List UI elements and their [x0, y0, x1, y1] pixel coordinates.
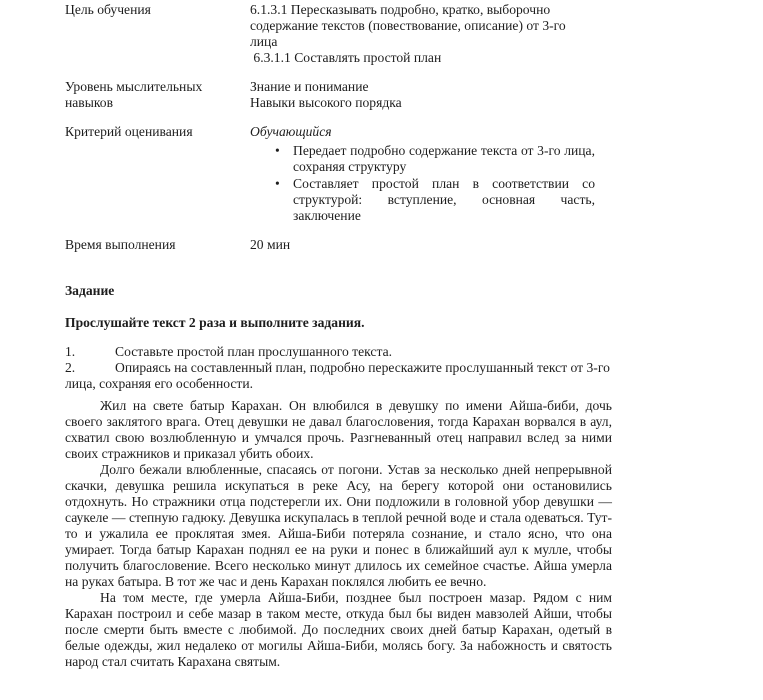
row-value: Обучающийся Передает подробно содержание…: [250, 124, 595, 224]
story-paragraph: Жил на свете батыр Карахан. Он влюбился …: [65, 398, 612, 462]
task-list: 1.Составьте простой план прослушанного т…: [65, 344, 612, 392]
row-label: Время выполнения: [65, 237, 250, 253]
row-value: Знание и понимание Навыки высокого поряд…: [250, 79, 595, 111]
row-value: 6.1.3.1 Пересказывать подробно, кратко, …: [250, 2, 595, 66]
info-row-criteria: Критерий оценивания Обучающийся Передает…: [65, 124, 612, 224]
story-section: Жил на свете батыр Карахан. Он влюбился …: [65, 398, 612, 670]
task-item: 2.Опираясь на составленный план, подробн…: [65, 360, 612, 392]
time-value: 20 мин: [250, 237, 595, 253]
criteria-bullet-list: Передает подробно содержание текста от 3…: [250, 143, 595, 224]
skills-line: Знание и понимание: [250, 79, 595, 95]
task-item-number: 1.: [65, 344, 115, 360]
row-label: Уровень мыслительных навыков: [65, 79, 250, 111]
task-heading: Задание: [65, 283, 612, 299]
task-item-text: Составьте простой план прослушанного тек…: [115, 344, 392, 359]
objective-line: 6.1.3.1 Пересказывать подробно, кратко, …: [250, 2, 595, 50]
skills-line: Навыки высокого порядка: [250, 95, 595, 111]
criteria-bullet-text: Передает подробно содержание текста от 3…: [293, 143, 595, 175]
row-value: 20 мин: [250, 237, 595, 253]
story-paragraph: Долго бежали влюбленные, спасаясь от пог…: [65, 462, 612, 590]
task-instruction: Прослушайте текст 2 раза и выполните зад…: [65, 315, 612, 331]
document-page: Цель обучения 6.1.3.1 Пересказывать подр…: [0, 0, 763, 700]
criteria-bullet-text: Составляет простой план в соответствии с…: [293, 176, 595, 224]
story-paragraph: На том месте, где умерла Айша-Биби, позд…: [65, 590, 612, 670]
bullet-item: Передает подробно содержание текста от 3…: [275, 143, 595, 175]
task-item-text: Опираясь на составленный план, подробно …: [65, 360, 610, 391]
row-label: Цель обучения: [65, 2, 250, 18]
task-item: 1.Составьте простой план прослушанного т…: [65, 344, 612, 360]
task-item-number: 2.: [65, 360, 115, 376]
bullet-icon: [275, 176, 293, 224]
objective-line: 6.3.1.1 Составлять простой план: [250, 50, 595, 66]
info-row-time: Время выполнения 20 мин: [65, 237, 612, 253]
info-row-objective: Цель обучения 6.1.3.1 Пересказывать подр…: [65, 2, 612, 66]
info-row-thinking-skills: Уровень мыслительных навыков Знание и по…: [65, 79, 612, 111]
criteria-intro: Обучающийся: [250, 124, 595, 140]
bullet-icon: [275, 143, 293, 175]
assessment-info-table: Цель обучения 6.1.3.1 Пересказывать подр…: [65, 2, 612, 253]
bullet-item: Составляет простой план в соответствии с…: [275, 176, 595, 224]
row-label: Критерий оценивания: [65, 124, 250, 140]
task-section: Задание Прослушайте текст 2 раза и выпол…: [65, 283, 612, 392]
